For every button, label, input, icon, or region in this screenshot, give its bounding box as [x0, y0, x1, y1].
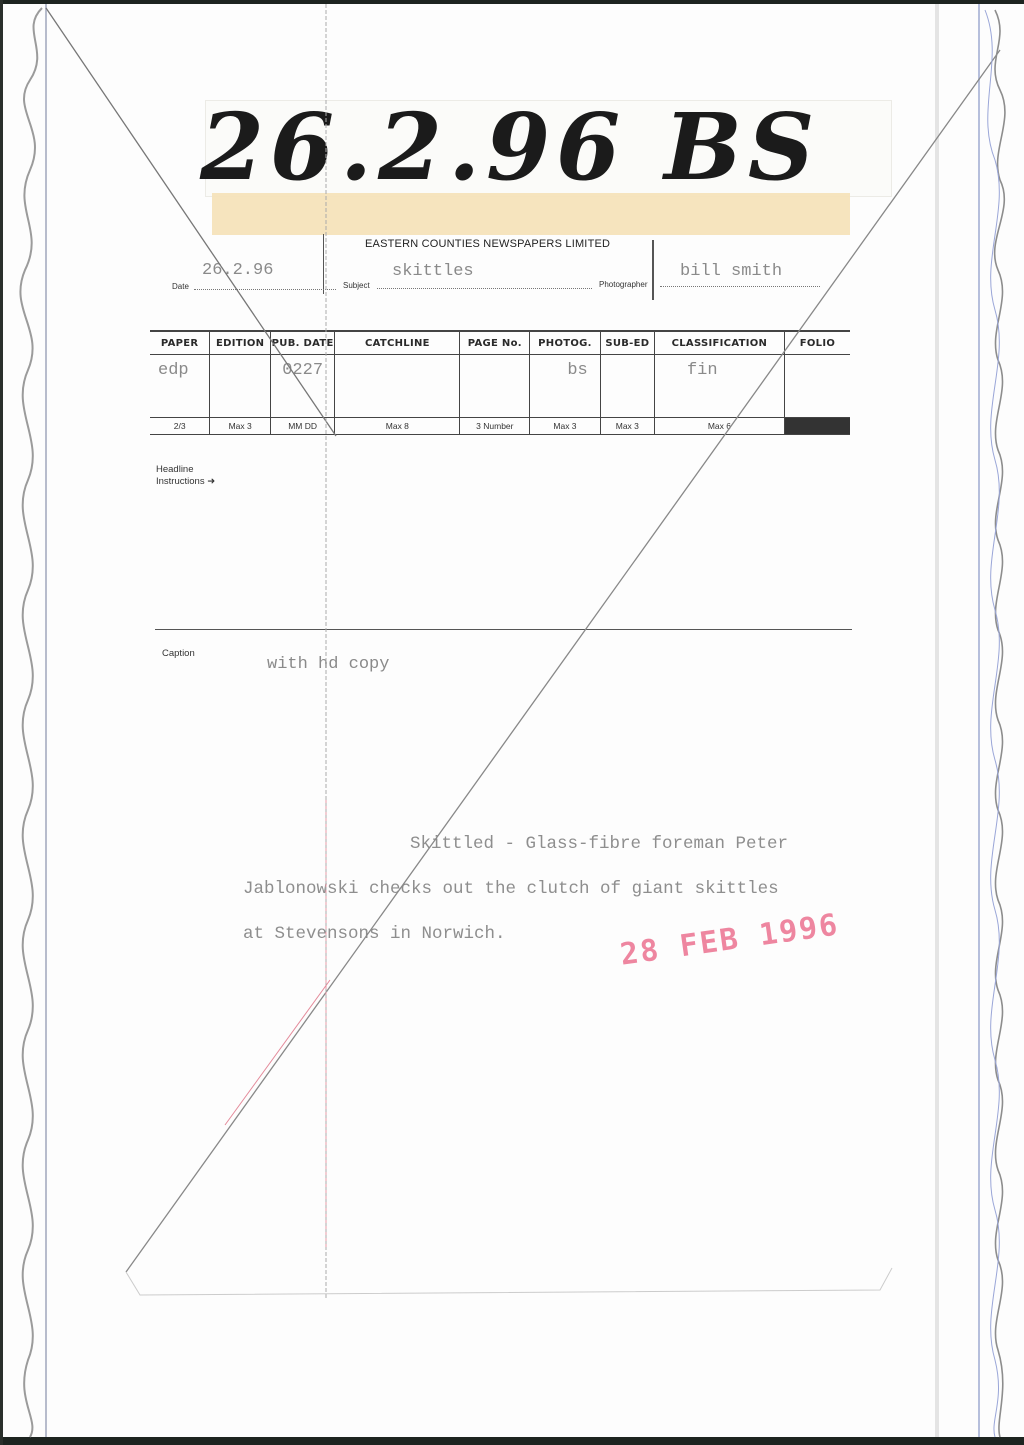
red-pencil-line	[225, 980, 330, 1125]
photo-outline	[126, 1268, 892, 1295]
squiggle-left	[20, 8, 42, 1437]
pencil-marks	[0, 0, 1024, 1445]
cross-out-line	[46, 8, 336, 436]
cross-out-line	[126, 50, 1000, 1272]
